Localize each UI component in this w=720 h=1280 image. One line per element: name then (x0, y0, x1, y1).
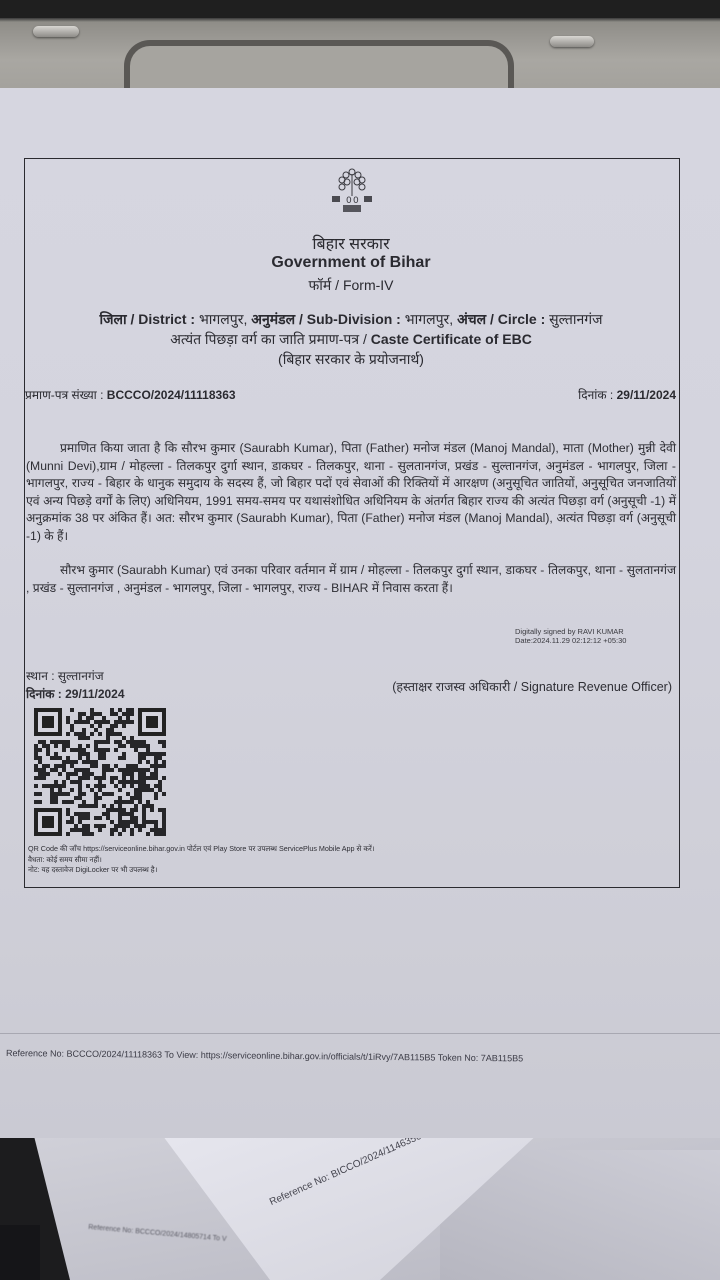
bihar-emblem-icon: 0 0 (324, 166, 380, 214)
circle-value: सुल्तानगंज (549, 311, 602, 327)
certificate-paragraph-1: प्रमाणित किया जाता है कि सौरभ कुमार (Sau… (26, 440, 676, 545)
certificate-purpose: (बिहार सरकार के प्रयोजनार्थ) (24, 350, 678, 369)
govt-hindi: बिहार सरकार (24, 232, 678, 254)
subdivision-label: अनुमंडल / Sub-Division : (251, 311, 401, 327)
digital-signature-signer: Digitally signed by RAVI KUMAR (515, 627, 626, 636)
svg-text:0: 0 (346, 196, 352, 206)
place-date: दिनांक : 29/11/2024 (26, 685, 125, 703)
notes: QR Code की जाँच https://serviceonline.bi… (28, 844, 375, 876)
certificate-date: दिनांक : 29/11/2024 (578, 386, 676, 403)
dark-background (0, 1225, 40, 1280)
certificate-date-value: 29/11/2024 (617, 388, 676, 402)
certificate-sheet: 0 0 बिहार सरकार Government of Bihar फॉर्… (0, 88, 720, 1138)
signature-label: (हस्ताक्षर राजस्व अधिकारी / Signature Re… (392, 678, 672, 695)
reference-footer: Reference No: BCCCO/2024/11118363 To Vie… (6, 1048, 523, 1063)
laptop-indicator-left (33, 26, 79, 37)
subdivision-value: भागलपुर, (405, 311, 453, 327)
place: स्थान : सुल्तानगंज (26, 667, 125, 685)
circle-label: अंचल / Circle : (457, 311, 545, 327)
validity-note: वैधता: कोई समय सीमा नहीं। (28, 855, 375, 866)
qr-verify-note: QR Code की जाँच https://serviceonline.bi… (28, 844, 375, 855)
certificate-number: प्रमाण-पत्र संख्या : BCCCO/2024/11118363 (25, 386, 236, 403)
title-hindi: अत्यंत पिछड़ा वर्ग का जाति प्रमाण-पत्र / (170, 331, 367, 347)
district-label: जिला / District : (99, 311, 195, 327)
location-line: जिला / District : भागलपुर, अनुमंडल / Sub… (24, 310, 678, 329)
certificate-paragraph-2: सौरभ कुमार (Saurabh Kumar) एवं उनका परिव… (26, 562, 676, 597)
certificate-title: अत्यंत पिछड़ा वर्ग का जाति प्रमाण-पत्र /… (24, 330, 678, 349)
digital-signature-date: Date:2024.11.29 02:12:12 +05:30 (515, 636, 626, 645)
digilocker-note: नोट: यह दस्तावेज DigiLocker पर भी उपलब्ध… (28, 865, 375, 876)
certificate-number-value: BCCCO/2024/11118363 (107, 388, 236, 402)
title-english: Caste Certificate of EBC (371, 331, 532, 347)
laptop-indicator-right (550, 36, 594, 47)
qr-code-icon (34, 708, 166, 836)
govt-english: Government of Bihar (24, 254, 678, 272)
fold-line (0, 1033, 720, 1034)
svg-text:0: 0 (353, 196, 359, 206)
district-value: भागलपुर, (199, 311, 247, 327)
keyboard-edge (0, 0, 720, 18)
form-number: फॉर्म / Form-IV (24, 276, 678, 295)
certificate-date-label: दिनांक : (578, 388, 613, 402)
certificate-number-label: प्रमाण-पत्र संख्या : (25, 388, 103, 402)
place-block: स्थान : सुल्तानगंज दिनांक : 29/11/2024 (26, 667, 125, 703)
digital-signature: Digitally signed by RAVI KUMAR Date:2024… (515, 627, 626, 645)
